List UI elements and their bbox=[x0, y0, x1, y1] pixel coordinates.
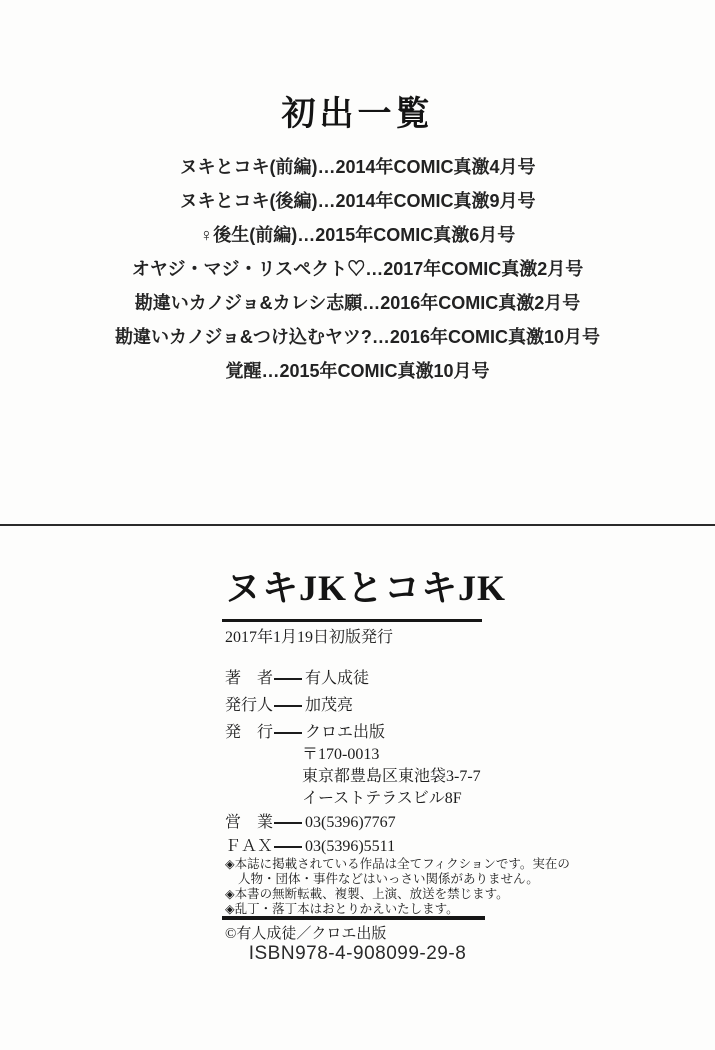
imprint-label: 発 行 bbox=[225, 724, 273, 742]
first-publication-title: 初出一覧 bbox=[0, 94, 715, 134]
copyright-divider-rule bbox=[222, 916, 485, 920]
imprint-row: 発 行 クロエ出版 bbox=[225, 724, 385, 742]
fax-row: ＦＡＸ 03(5396)5511 bbox=[225, 838, 395, 856]
fax-label: ＦＡＸ bbox=[225, 838, 273, 856]
publication-entry-6: 勘違いカノジョ&つけ込むヤツ?…2016年COMIC真激10月号 bbox=[0, 328, 715, 347]
publication-entry-5: 勘違いカノジョ&カレシ志願…2016年COMIC真激2月号 bbox=[0, 294, 715, 313]
book-title: ヌキJKとコキJK bbox=[225, 566, 506, 610]
publication-entry-4: オヤジ・マジ・リスペクト♡…2017年COMIC真激2月号 bbox=[0, 260, 715, 279]
publisher-person-value: 加茂亮 bbox=[305, 697, 353, 715]
colophon-page: 初出一覧 ヌキとコキ(前編)…2014年COMIC真激4月号 ヌキとコキ(後編)… bbox=[0, 0, 715, 1050]
dash-line bbox=[274, 705, 302, 707]
dash-line bbox=[274, 732, 302, 734]
title-underline-rule bbox=[222, 619, 482, 622]
note-defective-copies: ◈乱丁・落丁本はおとりかえいたします。 bbox=[225, 902, 570, 917]
publisher-person-row: 発行人 加茂亮 bbox=[225, 697, 353, 715]
legal-notes: ◈本誌に掲載されている作品は全てフィクションです。実在の 人物・団体・事件などは… bbox=[225, 857, 570, 917]
publication-entry-2: ヌキとコキ(後編)…2014年COMIC真激9月号 bbox=[0, 192, 715, 211]
note-fiction-disclaimer-line1: ◈本誌に掲載されている作品は全てフィクションです。実在の bbox=[225, 857, 570, 872]
note-no-reproduction: ◈本書の無断転載、複製、上演、放送を禁じます。 bbox=[225, 887, 570, 902]
address-street: 東京都豊島区東池袋3-7-7 bbox=[302, 768, 481, 786]
author-value: 有人成徒 bbox=[305, 670, 369, 688]
sales-phone-value: 03(5396)7767 bbox=[305, 814, 396, 832]
publisher-person-label: 発行人 bbox=[225, 697, 273, 715]
sales-phone-row: 営 業 03(5396)7767 bbox=[225, 814, 396, 832]
section-divider bbox=[0, 524, 715, 526]
author-label: 著 者 bbox=[225, 670, 273, 688]
first-publication-section: 初出一覧 ヌキとコキ(前編)…2014年COMIC真激4月号 ヌキとコキ(後編)… bbox=[0, 94, 715, 396]
author-row: 著 者 有人成徒 bbox=[225, 670, 369, 688]
publication-list: ヌキとコキ(前編)…2014年COMIC真激4月号 ヌキとコキ(後編)…2014… bbox=[0, 158, 715, 381]
postal-code: 〒170-0013 bbox=[302, 746, 379, 764]
copyright-line: ©有人成徒／クロエ出版 bbox=[225, 925, 386, 943]
publication-entry-3: ♀後生(前編)…2015年COMIC真激6月号 bbox=[0, 226, 715, 245]
publication-entry-7: 覚醒…2015年COMIC真激10月号 bbox=[0, 362, 715, 381]
address-building: イーストテラスビル8F bbox=[302, 790, 462, 808]
imprint-value: クロエ出版 bbox=[305, 724, 385, 742]
isbn-number: ISBN978-4-908099-29-8 bbox=[0, 943, 715, 965]
dash-line bbox=[274, 822, 302, 824]
fax-value: 03(5396)5511 bbox=[305, 838, 395, 856]
note-fiction-disclaimer-line2: 人物・団体・事件などはいっさい関係がありません。 bbox=[225, 872, 570, 887]
dash-line bbox=[274, 846, 302, 848]
edition-date: 2017年1月19日初版発行 bbox=[225, 628, 393, 647]
dash-line bbox=[274, 678, 302, 680]
publication-entry-1: ヌキとコキ(前編)…2014年COMIC真激4月号 bbox=[0, 158, 715, 177]
sales-label: 営 業 bbox=[225, 814, 273, 832]
